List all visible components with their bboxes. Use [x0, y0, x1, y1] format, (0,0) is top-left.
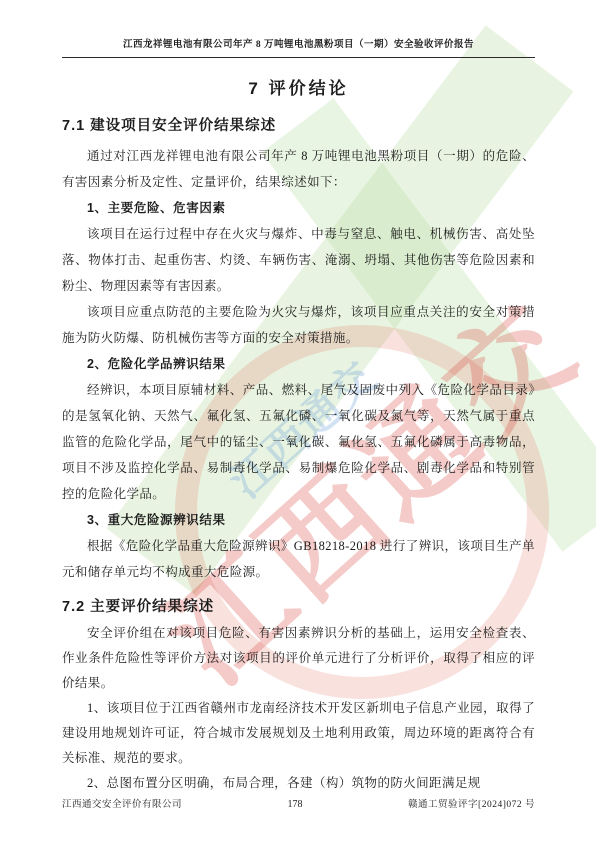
- paragraph: 根据《危险化学品重大危险源辨识》GB18218-2018 进行了辨识，该项目生产…: [62, 533, 535, 585]
- sub-heading-3: 3、重大危险源辨识结果: [62, 507, 535, 533]
- paragraph: 该项目应重点防范的主要危险为火灾与爆炸，该项目应重点关注的安全对策措施为防火防爆…: [62, 299, 535, 351]
- section-body-7-1: 通过对江西龙祥锂电池有限公司年产 8 万吨锂电池黑粉项目（一期）的危险、有害因素…: [62, 143, 535, 585]
- section-heading-7-2: 7.2 主要评价结果综述: [62, 595, 535, 619]
- sub-heading-1: 1、主要危险、危害因素: [62, 195, 535, 221]
- running-header: 江西龙祥锂电池有限公司年产 8 万吨锂电池黑粉项目（一期）安全验收评价报告: [62, 36, 535, 58]
- paragraph: 该项目在运行过程中存在火灾与爆炸、中毒与窒息、触电、机械伤害、高处坠落、物体打击…: [62, 221, 535, 299]
- footer-company: 江西通交安全评价有限公司: [62, 796, 182, 810]
- paragraph: 2、总图布置分区明确，布局合理，各建（构）筑物的防火间距满足规: [62, 771, 535, 796]
- page-footer: 江西通交安全评价有限公司 178 赣通工贸验评字[2024]072 号: [62, 796, 535, 810]
- paragraph: 经辨识，本项目原辅材料、产品、燃料、尾气及固废中列入《危险化学品目录》的是氢氧化…: [62, 377, 535, 507]
- paragraph: 安全评价组在对该项目危险、有害因素辨识分析的基础上，运用安全检查表、作业条件危险…: [62, 621, 535, 696]
- document-page: 江西通交 江西通交 江西龙祥锂电池有限公司年产 8 万吨锂电池黑粉项目（一期）安…: [0, 0, 596, 842]
- footer-page-number: 178: [288, 799, 303, 810]
- section-heading-7-1: 7.1 建设项目安全评价结果综述: [62, 115, 535, 137]
- paragraph: 1、该项目位于江西省赣州市龙南经济技术开发区新圳电子信息产业园，取得了建设用地规…: [62, 696, 535, 771]
- footer-doc-number: 赣通工贸验评字[2024]072 号: [408, 796, 535, 810]
- sub-heading-2: 2、危险化学品辨识结果: [62, 351, 535, 377]
- paragraph: 通过对江西龙祥锂电池有限公司年产 8 万吨锂电池黑粉项目（一期）的危险、有害因素…: [62, 143, 535, 195]
- section-body-7-2: 安全评价组在对该项目危险、有害因素辨识分析的基础上，运用安全检查表、作业条件危险…: [62, 621, 535, 796]
- page-content: 江西龙祥锂电池有限公司年产 8 万吨锂电池黑粉项目（一期）安全验收评价报告 7 …: [62, 36, 535, 796]
- chapter-title: 7 评价结论: [62, 78, 535, 100]
